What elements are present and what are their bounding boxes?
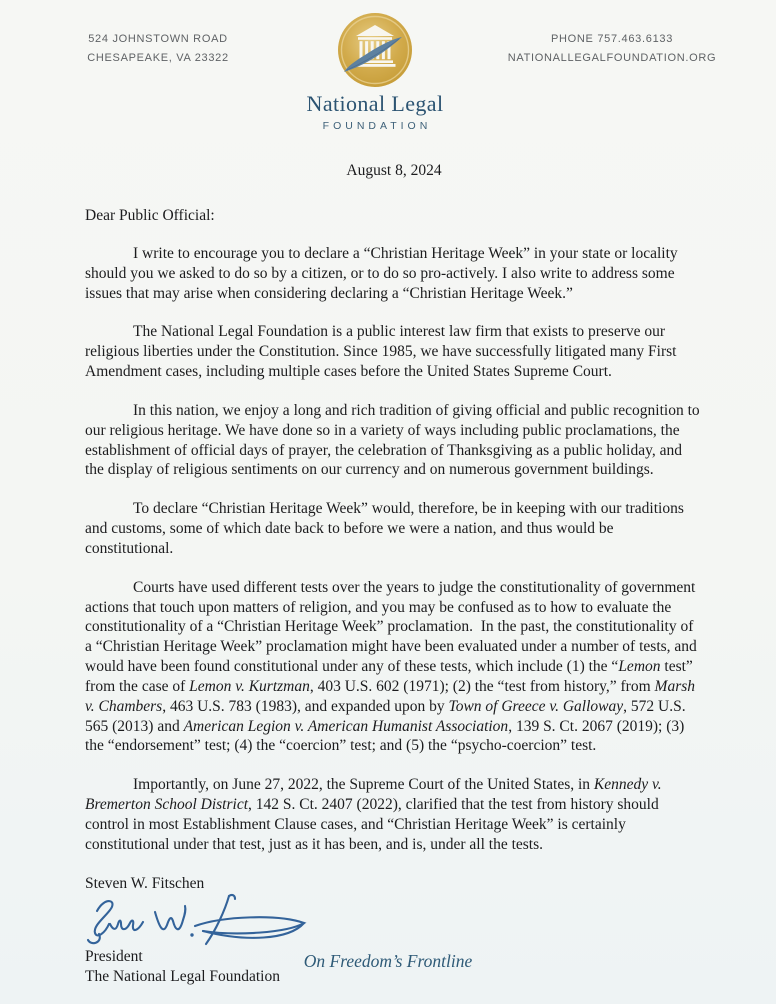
body-paragraph: Importantly, on June 27, 2022, the Supre… bbox=[85, 775, 703, 854]
org-subname: FOUNDATION bbox=[275, 120, 475, 132]
letterhead-logo-block: National Legal FOUNDATION bbox=[275, 10, 475, 132]
org-name: National Legal bbox=[275, 91, 475, 117]
signer-name: Steven W. Fitschen bbox=[85, 875, 703, 893]
body-paragraph: In this nation, we enjoy a long and rich… bbox=[85, 401, 703, 480]
body-paragraph: To declare “Christian Heritage Week” wou… bbox=[85, 499, 703, 558]
address-line-1: 524 JOHNSTOWN ROAD bbox=[48, 30, 268, 49]
body-paragraph: Courts have used different tests over th… bbox=[85, 578, 703, 756]
letterhead: 524 JOHNSTOWN ROAD CHESAPEAKE, VA 23322 bbox=[0, 0, 776, 132]
tagline: On Freedom’s Frontline bbox=[0, 951, 776, 972]
letter-body: August 8, 2024 Dear Public Official: I w… bbox=[0, 162, 776, 987]
website-url: NATIONALLEGALFOUNDATION.ORG bbox=[482, 49, 742, 68]
nlf-temple-quill-logo-icon bbox=[335, 10, 415, 90]
letter-page: 524 JOHNSTOWN ROAD CHESAPEAKE, VA 23322 bbox=[0, 0, 776, 1004]
phone-number: PHONE 757.463.6133 bbox=[482, 30, 742, 49]
handwritten-signature-image bbox=[83, 893, 315, 949]
salutation: Dear Public Official: bbox=[85, 207, 703, 225]
body-paragraph: The National Legal Foundation is a publi… bbox=[85, 322, 703, 381]
letter-date: August 8, 2024 bbox=[85, 162, 703, 180]
letterhead-contact: PHONE 757.463.6133 NATIONALLEGALFOUNDATI… bbox=[482, 30, 742, 67]
body-paragraph: I write to encourage you to declare a “C… bbox=[85, 244, 703, 303]
address-line-2: CHESAPEAKE, VA 23322 bbox=[48, 49, 268, 68]
letterhead-address: 524 JOHNSTOWN ROAD CHESAPEAKE, VA 23322 bbox=[48, 30, 268, 67]
